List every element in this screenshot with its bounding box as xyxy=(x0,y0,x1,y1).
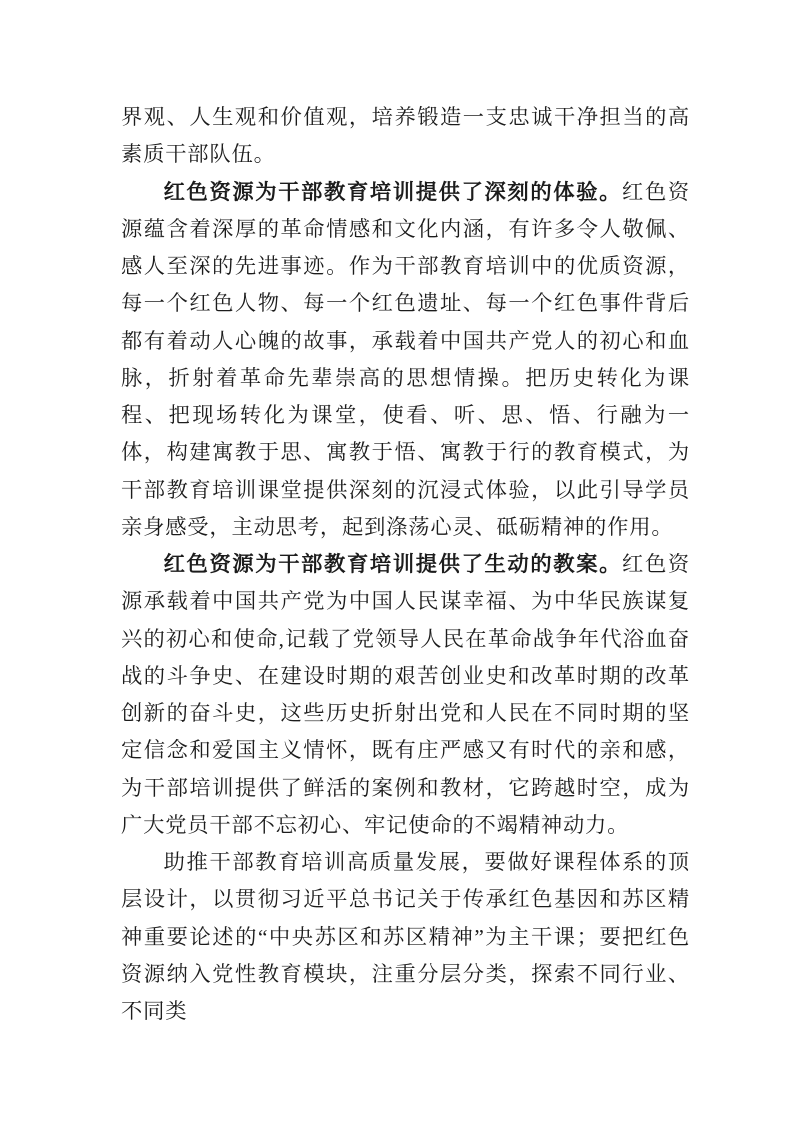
paragraph: 界观、人生观和价值观，培养锻造一支忠诚干净担当的高素质干部队伍。 xyxy=(121,99,690,174)
document-body: 界观、人生观和价值观，培养锻造一支忠诚干净担当的高素质干部队伍。红色资源为干部教… xyxy=(121,99,690,1030)
text-run: 红色资源蕴含着深厚的革命情感和文化内涵，有许多令人敬佩、感人至深的先进事迹。作为… xyxy=(121,180,690,539)
document-page: 界观、人生观和价值观，培养锻造一支忠诚干净担当的高素质干部队伍。红色资源为干部教… xyxy=(0,0,793,1122)
paragraph: 助推干部教育培训高质量发展，要做好课程体系的顶层设计，以贯彻习近平总书记关于传承… xyxy=(121,844,690,1030)
text-run: 助推干部教育培训高质量发展，要做好课程体系的顶层设计，以贯彻习近平总书记关于传承… xyxy=(121,850,690,1023)
bold-lead-sentence: 红色资源为干部教育培训提供了生动的教案。 xyxy=(164,552,622,576)
bold-lead-sentence: 红色资源为干部教育培训提供了深刻的体验。 xyxy=(164,180,622,204)
text-run: 界观、人生观和价值观，培养锻造一支忠诚干净担当的高素质干部队伍。 xyxy=(121,105,690,166)
paragraph: 红色资源为干部教育培训提供了深刻的体验。红色资源蕴含着深厚的革命情感和文化内涵，… xyxy=(121,174,690,547)
paragraph: 红色资源为干部教育培训提供了生动的教案。红色资源承载着中国共产党为中国人民谋幸福… xyxy=(121,546,690,844)
text-run: 红色资源承载着中国共产党为中国人民谋幸福、为中华民族谋复兴的初心和使命,记载了党… xyxy=(121,552,690,837)
